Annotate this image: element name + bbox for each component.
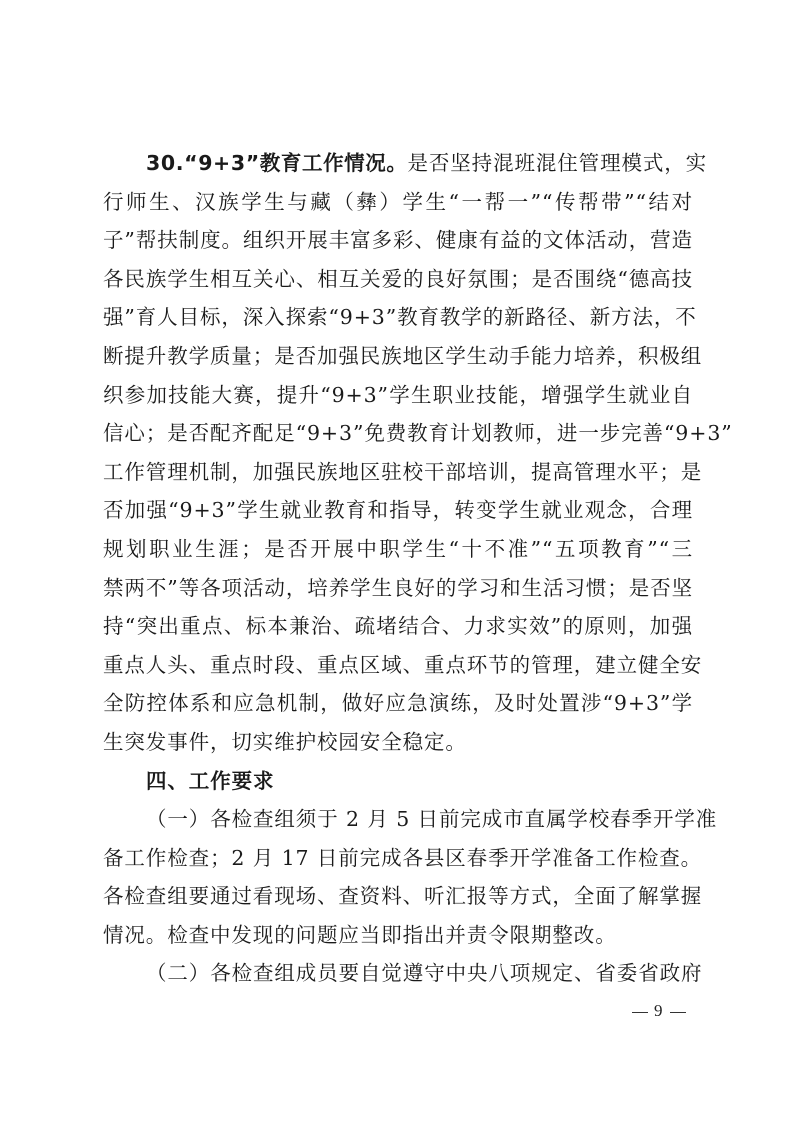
paragraph-line: （一）各检查组须于 2 月 5 日前完成市直属学校春季开学准 (103, 800, 693, 839)
paragraph-line: 持“突出重点、标本兼治、疏堵结合、力求实效”的原则，加强 (103, 607, 693, 646)
paragraph-line: 30.“9+3”教育工作情况。是否坚持混班混住管理模式，实 (103, 144, 693, 183)
dash-left (632, 1012, 648, 1013)
document-body: 30.“9+3”教育工作情况。是否坚持混班混住管理模式，实 行师生、汉族学生与藏… (103, 144, 693, 993)
paragraph-line: 禁两不”等各项活动，培养学生良好的学习和生活习惯；是否坚 (103, 569, 693, 608)
dash-right (670, 1012, 686, 1013)
paragraph-line: 否加强“9+3”学生就业教育和指导，转变学生就业观念，合理 (103, 491, 693, 530)
paragraph-line: 强”育人目标，深入探索“9+3”教育教学的新路径、新方法，不 (103, 298, 693, 337)
paragraph-line: 重点人头、重点时段、重点区域、重点环节的管理，建立健全安 (103, 646, 693, 685)
paragraph-line: 规划职业生涯；是否开展中职学生“十不准”“五项教育”“三 (103, 530, 693, 569)
paragraph-line: 备工作检查；2 月 17 日前完成各县区春季开学准备工作检查。 (103, 839, 693, 878)
paragraph-line: 工作管理机制，加强民族地区驻校干部培训，提高管理水平；是 (103, 453, 693, 492)
paragraph-line: 情况。检查中发现的问题应当即指出并责令限期整改。 (103, 916, 693, 955)
paragraph-line: （二）各检查组成员要自觉遵守中央八项规定、省委省政府 (103, 954, 693, 993)
paragraph-line: 各检查组要通过看现场、查资料、听汇报等方式，全面了解掌握 (103, 877, 693, 916)
paragraph-line: 子”帮扶制度。组织开展丰富多彩、健康有益的文体活动，营造 (103, 221, 693, 260)
page-number-value: 9 (654, 1001, 664, 1020)
page-number: 9 (626, 1001, 692, 1021)
paragraph-line: 信心；是否配齐配足“9+3”免费教育计划教师，进一步完善“9+3” (103, 414, 693, 453)
paragraph-line: 行师生、汉族学生与藏（彝）学生“一帮一”“传帮带”“结对 (103, 183, 693, 222)
paragraph-line: 各民族学生相互关心、相互关爱的良好氛围；是否围绕“德高技 (103, 260, 693, 299)
section-heading: 四、工作要求 (103, 762, 693, 801)
document-page: 30.“9+3”教育工作情况。是否坚持混班混住管理模式，实 行师生、汉族学生与藏… (0, 0, 793, 1122)
paragraph-line: 生突发事件，切实维护校园安全稳定。 (103, 723, 693, 762)
paragraph-text: 是否坚持混班混住管理模式，实 (407, 151, 707, 175)
paragraph-line: 断提升教学质量；是否加强民族地区学生动手能力培养，积极组 (103, 337, 693, 376)
paragraph-line: 全防控体系和应急机制，做好应急演练，及时处置涉“9+3”学 (103, 684, 693, 723)
paragraph-line: 织参加技能大赛，提升“9+3”学生职业技能，增强学生就业自 (103, 376, 693, 415)
section-title: 30.“9+3”教育工作情况。 (146, 151, 407, 175)
